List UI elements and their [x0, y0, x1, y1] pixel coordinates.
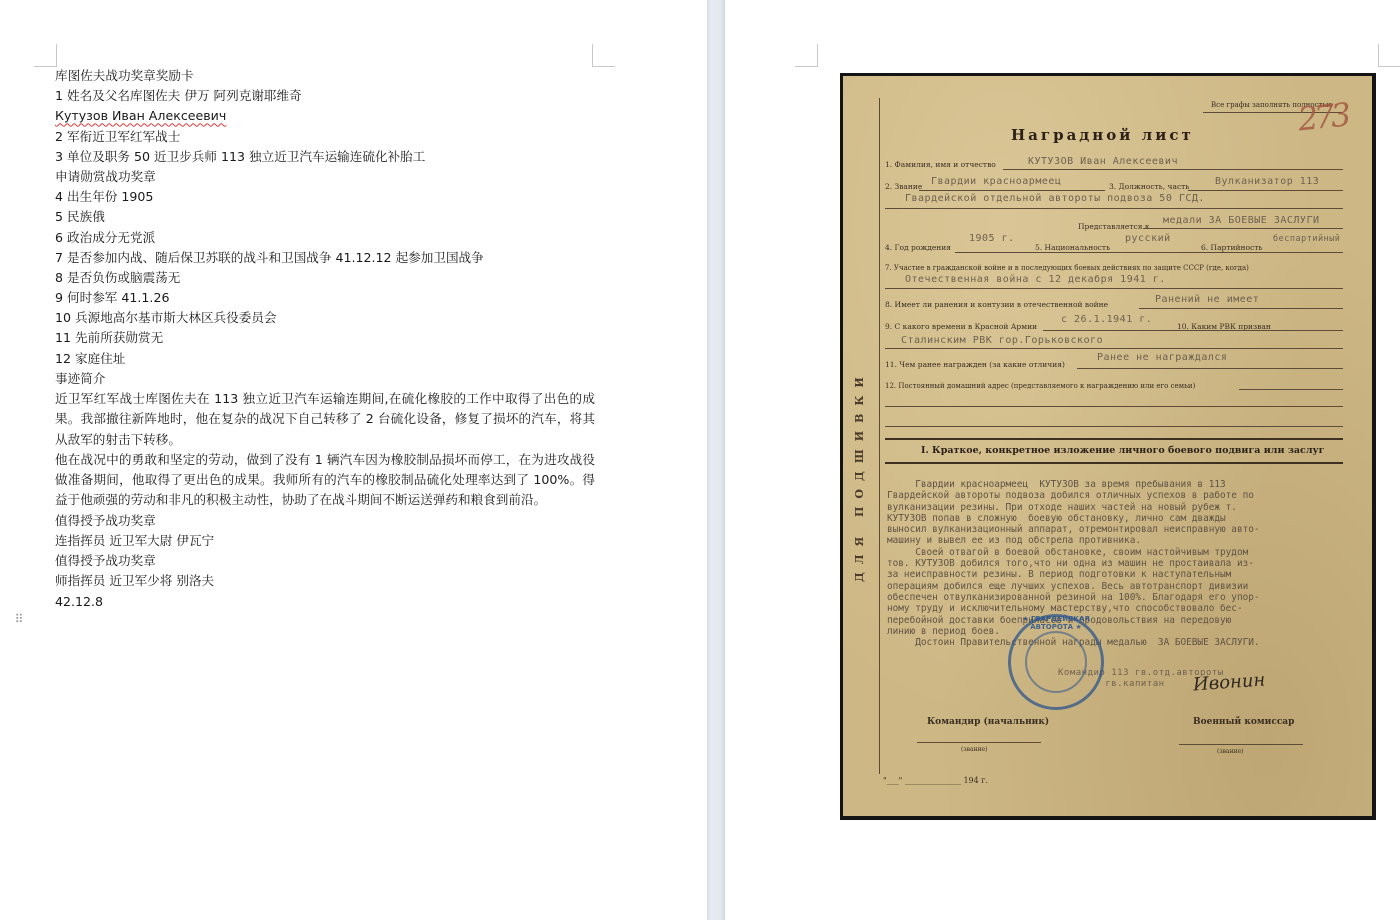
document-date: 42.12.8	[55, 592, 595, 612]
field-6-label: 6. Партийность	[1201, 243, 1262, 252]
stamp-text: ★ ГВАРДЕЙСКАЯ АВТОРОТА ★	[1011, 615, 1101, 631]
field-war-participation: 7 是否参加内战、随后保卫苏联的战斗和卫国战争 41.12.12 起参加卫国战争	[55, 248, 595, 268]
commissar-label: Военный комиссар	[1193, 717, 1294, 727]
field-rank: 2 军衔近卫军红军战士	[55, 127, 595, 147]
deeds-paragraph-2: 他在战况中的勇敢和坚定的劳动，做到了没有 1 辆汽车因为橡胶制品损坏而停工，在为…	[55, 450, 595, 511]
field-party: 6 政治成分无党派	[55, 228, 595, 248]
document-page-left[interactable]: 库图佐夫战功奖章奖励卡 1 姓名及父名库图佐夫 伊万 阿列克谢耶维奇 Кутуз…	[0, 0, 707, 920]
paragraph-drag-handle-icon[interactable]: ⠿	[14, 612, 24, 626]
rule	[919, 190, 1105, 191]
margin-corner-mark	[795, 44, 818, 67]
field-10-value: Сталинским РВК гор.Горьковского	[901, 335, 1103, 346]
field-6-value: беспартийный	[1273, 234, 1340, 244]
field-7-label: 7. Участие в гражданской войне и в после…	[885, 264, 1249, 272]
field-enlistment: 9 何时参军 41.1.26	[55, 288, 595, 308]
commander-label: Командир (начальник)	[927, 717, 1049, 727]
field-3-value: Вулканизатор 113	[1215, 176, 1319, 187]
field-7-value: Отечественная война с 12 декабря 1941 г.	[905, 274, 1166, 285]
recommendation-2: 值得授予战功奖章	[55, 551, 595, 571]
presented-value: медали ЗА БОЕВЫЕ ЗАСЛУГИ	[1163, 215, 1320, 226]
rule	[1239, 389, 1343, 390]
page-gutter	[707, 0, 725, 920]
margin-corner-mark	[34, 44, 57, 67]
rule	[1179, 744, 1303, 745]
field-draft-office: 10 兵源地高尔基市斯大林区兵役委员会	[55, 308, 595, 328]
field-award-request: 申请勋赏战功奖章	[55, 167, 595, 187]
award-sheet-paper: ДЛЯ ПОДШИВКИ Все графы заполнять полност…	[843, 76, 1372, 816]
document-title: 库图佐夫战功奖章奖励卡	[55, 66, 595, 86]
rule	[1188, 190, 1343, 191]
recommendation-1: 值得授予战功奖章	[55, 511, 595, 531]
rule	[885, 288, 1343, 289]
rule	[885, 348, 1343, 349]
field-4-label: 4. Год рождения	[885, 243, 951, 252]
award-sheet-scan-image[interactable]: ДЛЯ ПОДШИВКИ Все графы заполнять полност…	[840, 73, 1376, 820]
rule	[885, 462, 1343, 464]
margin-vertical-text: ДЛЯ ПОДШИВКИ	[853, 326, 873, 626]
field-9-value: с 26.1.1941 г.	[1061, 314, 1152, 325]
field-1-value: КУТУЗОВ Иван Алексеевич	[1028, 156, 1178, 167]
rule	[917, 742, 1041, 743]
rule	[1143, 228, 1343, 229]
document-body[interactable]: 库图佐夫战功奖章奖励卡 1 姓名及父名库图佐夫 伊万 阿列克谢耶维奇 Кутуз…	[55, 66, 595, 612]
field-2-value: Гвардии красноармеец	[931, 176, 1061, 187]
field-wounds: 8 是否负伤或脑震荡无	[55, 268, 595, 288]
stamp-inner-ring	[1025, 631, 1087, 693]
field-12-label: 12. Постоянный домашний адрес (представл…	[885, 382, 1195, 390]
section-heading: I. Краткое, конкретное изложение личного…	[921, 445, 1324, 456]
field-1-label: 1. Фамилия, имя и отчество	[885, 160, 996, 169]
field-3-value-continued: Гвардейской отдельной автороты подвоза 5…	[905, 193, 1205, 204]
presented-label: Представляется к	[1078, 222, 1150, 231]
official-stamp: ★ ГВАРДЕЙСКАЯ АВТОРОТА ★	[1008, 614, 1104, 710]
rule	[1077, 368, 1343, 369]
field-birth-year: 4 出生年份 1905	[55, 187, 595, 207]
field-11-label: 11. Чем ранее награжден (за какие отличи…	[885, 360, 1065, 369]
deeds-typed-text: Гвардии красноармеец КУТУЗОВ за время пр…	[887, 479, 1347, 648]
rule	[885, 426, 1343, 427]
field-name: 1 姓名及父名库图佐夫 伊万 阿列克谢耶维奇	[55, 86, 595, 106]
division-commander: 师指挥员 近卫军少将 别洛夫	[55, 571, 595, 591]
date-line: "___" ______________ 194 г.	[883, 776, 988, 785]
field-8-label: 8. Имеет ли ранения и контузии в отечест…	[885, 300, 1108, 309]
field-11-value: Ранее не награждался	[1097, 352, 1227, 363]
rule	[1043, 330, 1343, 331]
field-8-value: Ранений не имеет	[1155, 294, 1259, 305]
commander-rank-caption: (звание)	[961, 746, 987, 753]
margin-rule	[879, 98, 880, 774]
commissar-rank-caption: (звание)	[1217, 748, 1243, 755]
rule	[1003, 169, 1343, 170]
margin-corner-mark	[1378, 44, 1400, 67]
sheet-title: Наградной лист	[1011, 126, 1194, 144]
field-unit: 3 单位及职务 50 近卫步兵师 113 独立近卫汽车运输连硫化补胎工	[55, 147, 595, 167]
rule	[885, 208, 1343, 209]
field-nationality: 5 民族俄	[55, 207, 595, 227]
deeds-paragraph-1: 近卫军红军战士库图佐夫在 113 独立近卫汽车运输连期间,在硫化橡胶的工作中取得…	[55, 389, 595, 450]
field-4-value: 1905 г.	[969, 233, 1015, 244]
rule	[955, 252, 1343, 253]
field-5-label: 5. Национальность	[1035, 243, 1110, 252]
rule	[885, 406, 1343, 407]
field-home-address: 12 家庭住址	[55, 349, 595, 369]
field-name-russian[interactable]: Кутузов Иван Алексеевич	[55, 108, 226, 123]
field-9-label: 9. С какого времени в Красной Армии	[885, 322, 1037, 331]
field-2-label: 2. Звание	[885, 182, 922, 191]
archive-number: 273	[1296, 96, 1349, 139]
field-prior-awards: 11 先前所获勋赏无	[55, 328, 595, 348]
rule	[885, 438, 1343, 440]
section-deeds-heading: 事迹简介	[55, 369, 595, 389]
rule	[1139, 308, 1343, 309]
company-commander: 连指挥员 近卫军大尉 伊瓦宁	[55, 531, 595, 551]
signature: Ивонин	[1192, 670, 1266, 696]
field-5-value: русский	[1125, 233, 1171, 244]
field-3-label: 3. Должность, часть	[1109, 182, 1189, 191]
margin-corner-mark	[592, 44, 615, 67]
